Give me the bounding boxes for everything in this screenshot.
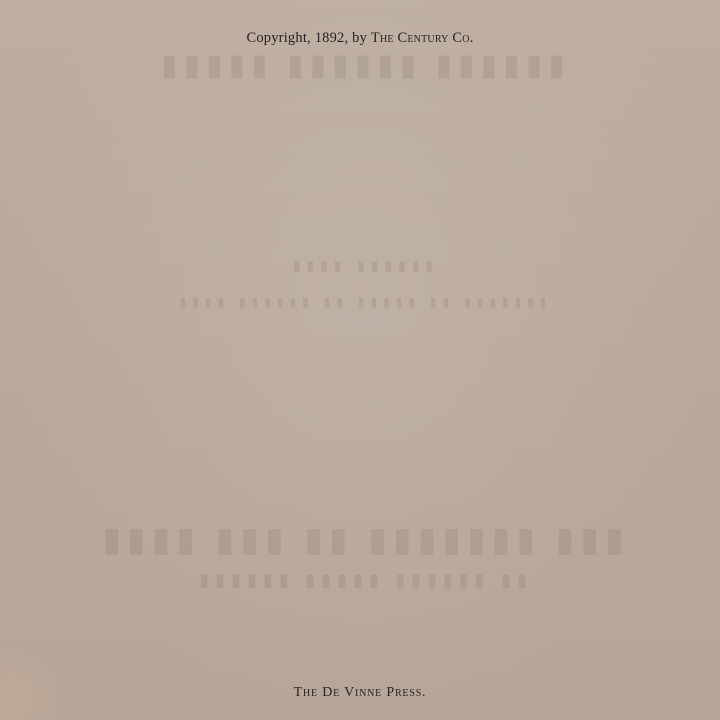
bleed-through-text: ▮▮ ▮▮▮▮▮▮ ▮▮▮▮▮ ▮▮▮▮▮▮ [0,570,720,591]
printer-imprint: The De Vinne Press. [0,685,720,701]
copyright-notice: Copyright, 1892, by The Century Co. [0,30,720,47]
copyright-prefix: Copyright, 1892, by [246,30,370,46]
bleed-through-text: ▮▮▮▮▮▮ ▮▮▮▮▮▮ ▮▮▮▮▮ [0,48,720,83]
document-page: ▮▮▮▮▮▮ ▮▮▮▮▮▮ ▮▮▮▮▮ ▮▮▮▮▮▮ ▮▮▮▮ ▮▮▮▮▮▮▮ … [0,0,720,720]
bleed-through-text: ▮▮▮▮▮▮ ▮▮▮▮ [0,258,720,275]
bleed-through-text: ▮▮▮▮▮▮▮ ▮▮ ▮▮▮▮▮ ▮▮ ▮▮▮▮▮▮ ▮▮▮▮ [0,295,720,310]
bleed-through-text: ▮▮▮ ▮▮▮▮▮▮▮ ▮▮ ▮▮▮ ▮▮▮▮ [0,520,720,560]
publisher-name: The Century Co. [371,30,474,46]
